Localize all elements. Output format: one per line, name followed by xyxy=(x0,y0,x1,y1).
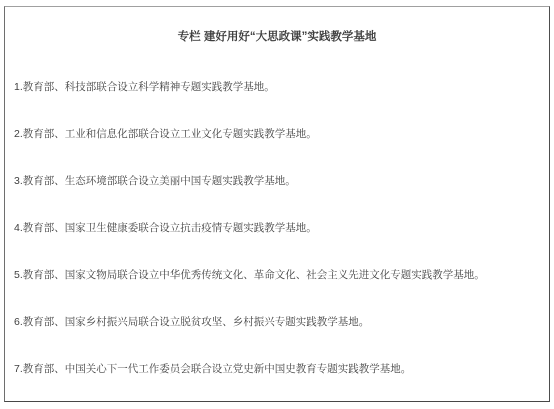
list-item: 1.教育部、科技部联合设立科学精神专题实践教学基地。 xyxy=(5,64,549,111)
list-item: 4.教育部、国家卫生健康委联合设立抗击疫情专题实践教学基地。 xyxy=(5,205,549,252)
list-item: 6.教育部、国家乡村振兴局联合设立脱贫攻坚、乡村振兴专题实践教学基地。 xyxy=(5,299,549,346)
list-item: 3.教育部、生态环境部联合设立美丽中国专题实践教学基地。 xyxy=(5,158,549,205)
list-item: 7.教育部、中国关心下一代工作委员会联合设立党史新中国史教育专题实践教学基地。 xyxy=(5,346,549,393)
list-item: 2.教育部、工业和信息化部联合设立工业文化专题实践教学基地。 xyxy=(5,111,549,158)
list-item: 5.教育部、国家文物局联合设立中华优秀传统文化、革命文化、社会主义先进文化专题实… xyxy=(5,252,549,299)
item-list: 1.教育部、科技部联合设立科学精神专题实践教学基地。 2.教育部、工业和信息化部… xyxy=(5,64,549,393)
panel-title: 专栏 建好用好“大思政课”实践教学基地 xyxy=(5,29,549,45)
column-panel: 专栏 建好用好“大思政课”实践教学基地 1.教育部、科技部联合设立科学精神专题实… xyxy=(4,6,550,402)
